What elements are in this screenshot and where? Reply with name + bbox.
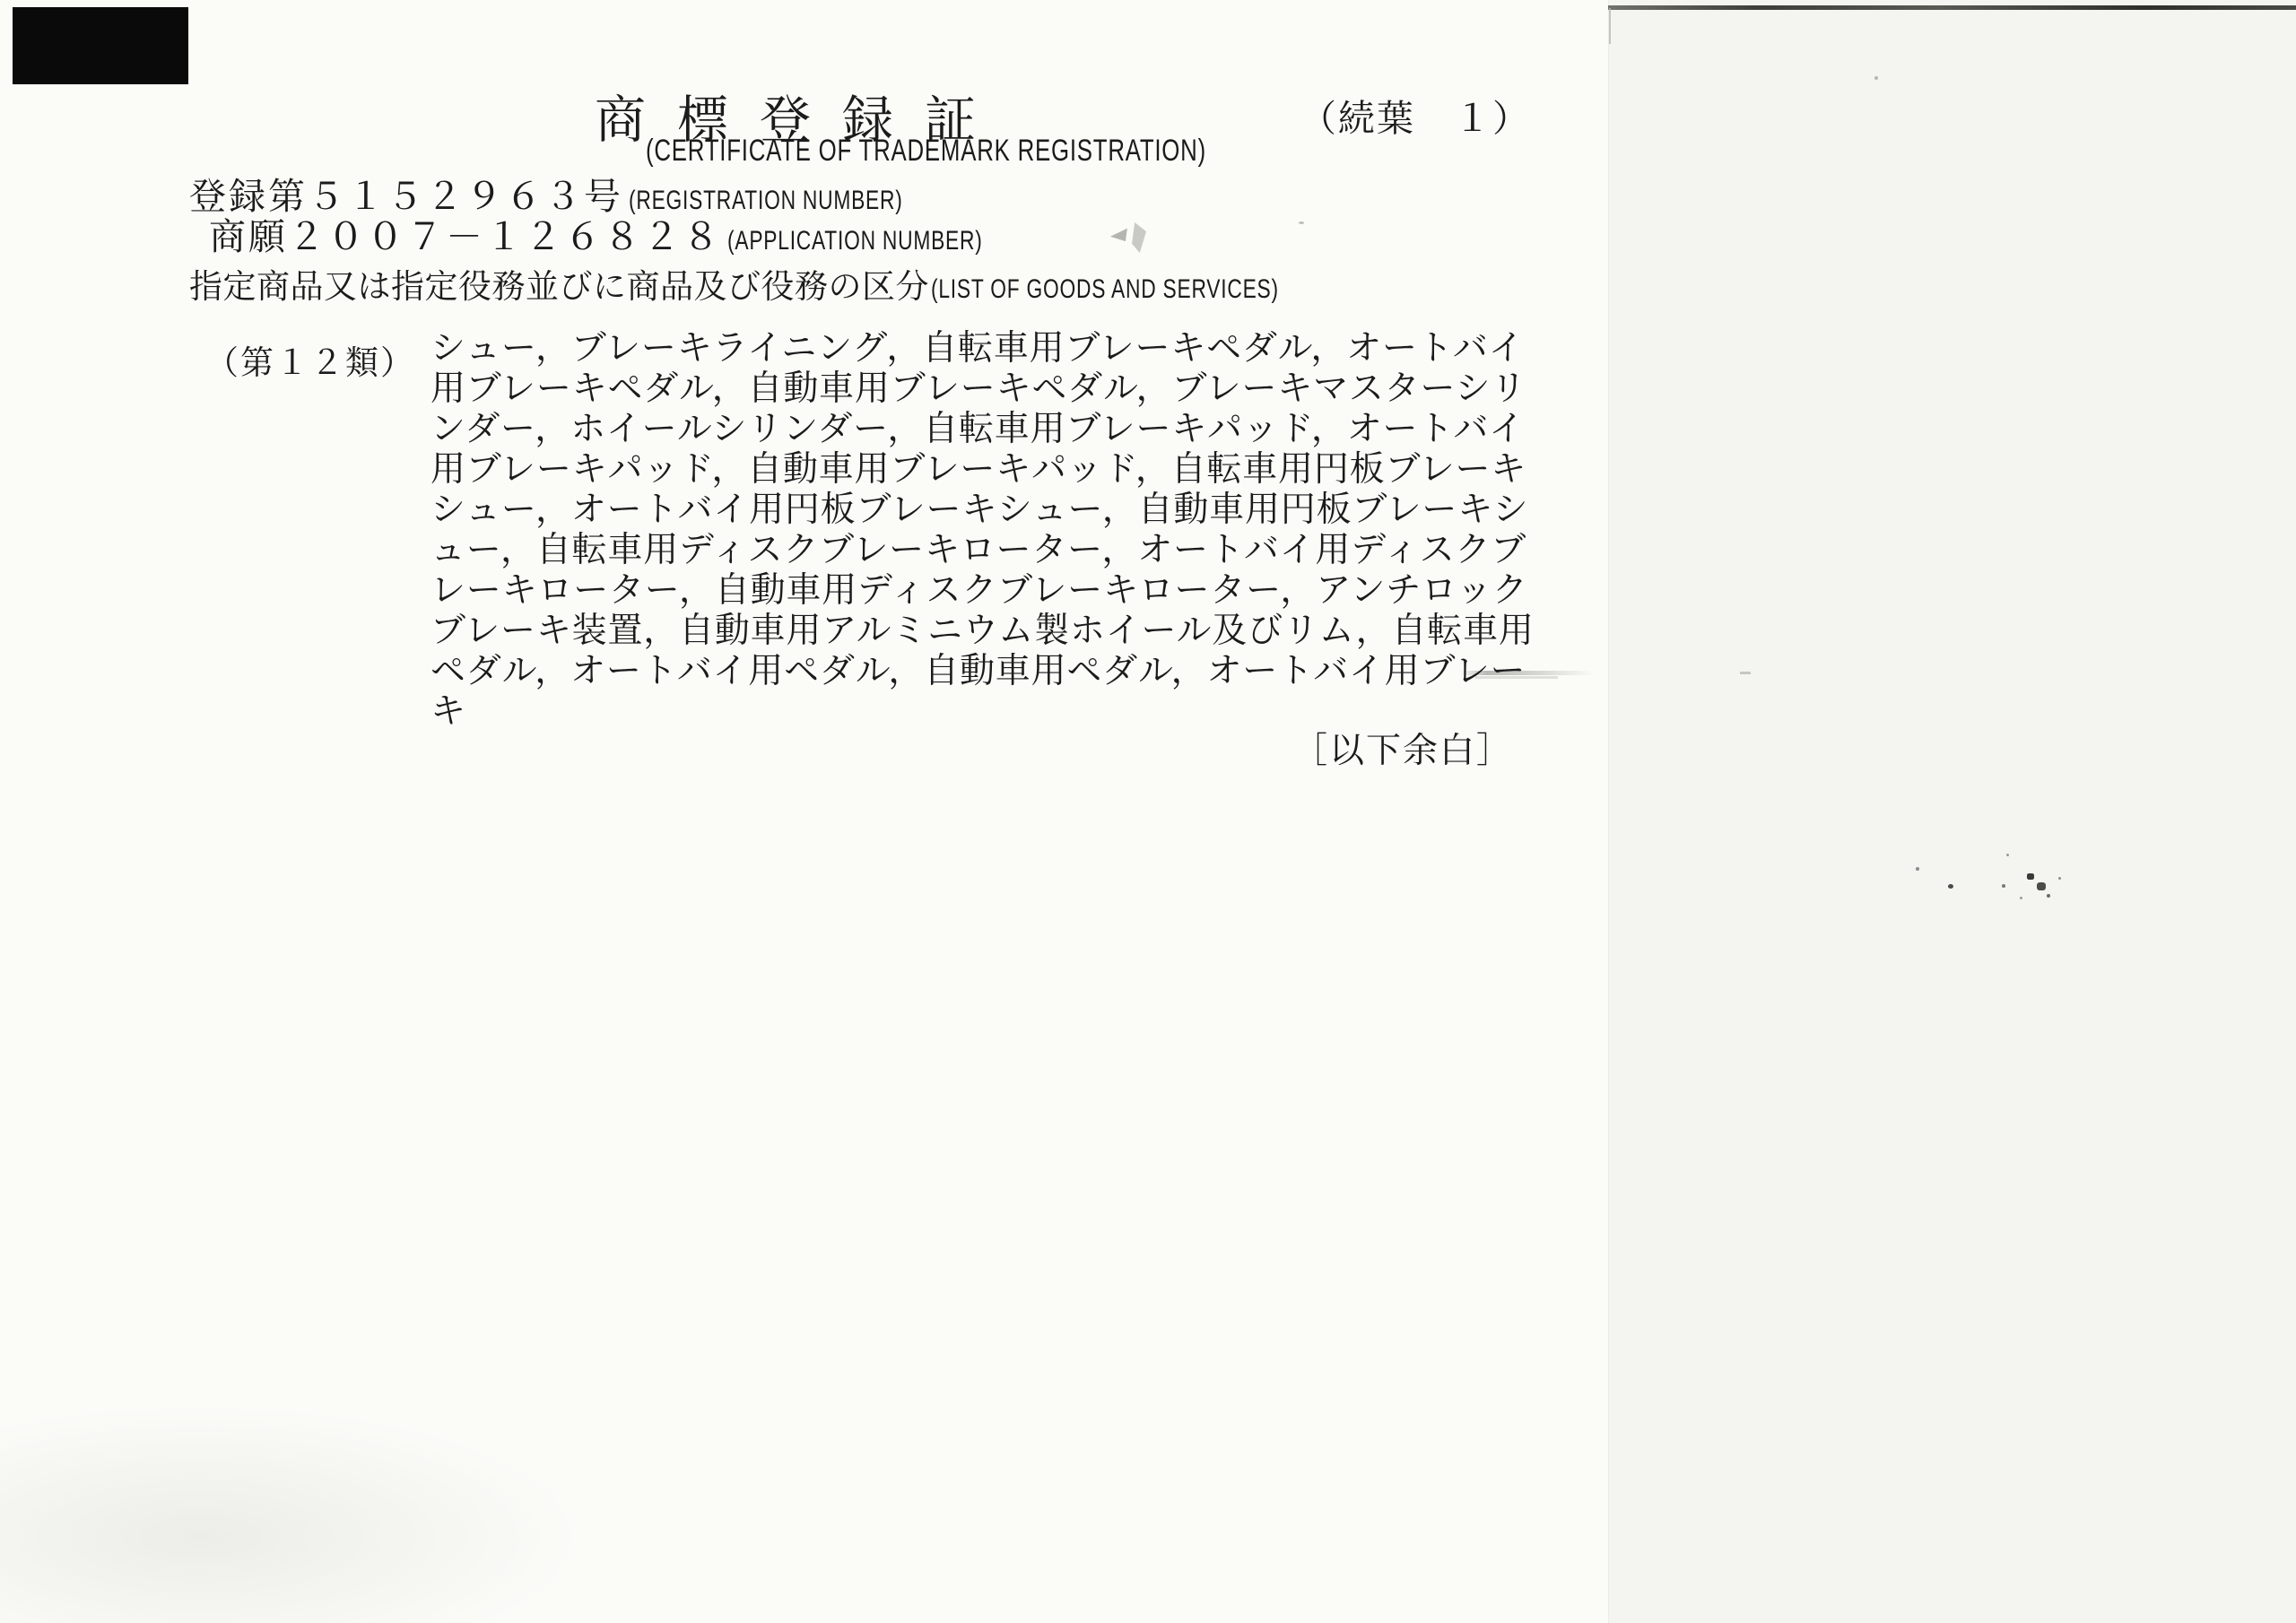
goods-heading-en: (LIST OF GOODS AND SERVICES): [931, 274, 1279, 305]
scan-shading-artifact: [0, 1408, 574, 1623]
goods-line: 用ブレーキペダル，自動車用ブレーキペダル，ブレーキマスターシリ: [430, 369, 1535, 409]
black-corner-artifact: [13, 7, 188, 84]
goods-heading-line: 指定商品又は指定役務並びに商品及び役務の区分(LIST OF GOODS AND…: [189, 259, 1388, 308]
scan-top-edge-line: [1608, 5, 2296, 10]
scan-edge-strip: [1608, 0, 2296, 1623]
document-title-en: (CERTIFICATE OF TRADEMARK REGISTRATION): [646, 134, 1206, 169]
end-of-text-marker: ［以下余白］: [1292, 723, 1513, 773]
scan-speckle: [2027, 873, 2034, 880]
class-label: （第１２類）: [205, 335, 415, 384]
goods-line: 用ブレーキパッド，自動車用ブレーキパッド，自転車用円板ブレーキ: [430, 449, 1535, 490]
goods-line: シュー，オートバイ用円板ブレーキシュー，自動車用円板ブレーキシ: [430, 490, 1535, 530]
scan-speckle: [2006, 854, 2009, 856]
scan-speckle: [2058, 877, 2061, 880]
goods-line: レーキローター，自動車用ディスクブレーキローター，アンチロック: [430, 570, 1535, 611]
scan-speckle: [2037, 882, 2046, 890]
scan-speckle: [1916, 867, 1919, 871]
scan-speckle: [2002, 884, 2005, 888]
goods-line: ペダル，オートバイ用ペダル，自動車用ペダル，オートバイ用ブレー: [430, 651, 1535, 691]
goods-line: シュー，ブレーキライニング，自転車用ブレーキペダル，オートバイ: [430, 328, 1535, 369]
goods-list: シュー，ブレーキライニング，自転車用ブレーキペダル，オートバイ用ブレーキペダル，…: [430, 328, 1535, 732]
scan-edge-tick: [1609, 8, 1611, 44]
application-number-label: (APPLICATION NUMBER): [727, 226, 983, 256]
scan-smudge-artifact: [1109, 229, 1129, 244]
scan-speckle: [1948, 884, 1953, 889]
scan-speckle: [1299, 221, 1304, 224]
scan-dash-artifact: [1740, 672, 1751, 674]
scan-smudge-artifact: [1132, 222, 1146, 253]
application-number-line: 商願２００７－１２６８２８(APPLICATION NUMBER): [209, 207, 1063, 260]
scan-speckle: [2020, 897, 2022, 899]
scan-document: 商標登録証 （続葉 １） (CERTIFICATE OF TRADEMARK R…: [0, 0, 2296, 1623]
goods-line: ブレーキ装置，自動車用アルミニウム製ホイール及びリム，自転車用: [430, 611, 1535, 651]
scan-speckle: [1874, 76, 1878, 80]
goods-line: ュー，自転車用ディスクブレーキローター，オートバイ用ディスクブ: [430, 530, 1535, 570]
goods-line: ンダー，ホイールシリンダー，自転車用ブレーキパッド，オートバイ: [430, 409, 1535, 449]
goods-heading-ja: 指定商品又は指定役務並びに商品及び役務の区分: [189, 269, 929, 306]
application-number: 商願２００７－１２６８２８: [209, 216, 722, 257]
scan-speckle: [2047, 894, 2050, 898]
